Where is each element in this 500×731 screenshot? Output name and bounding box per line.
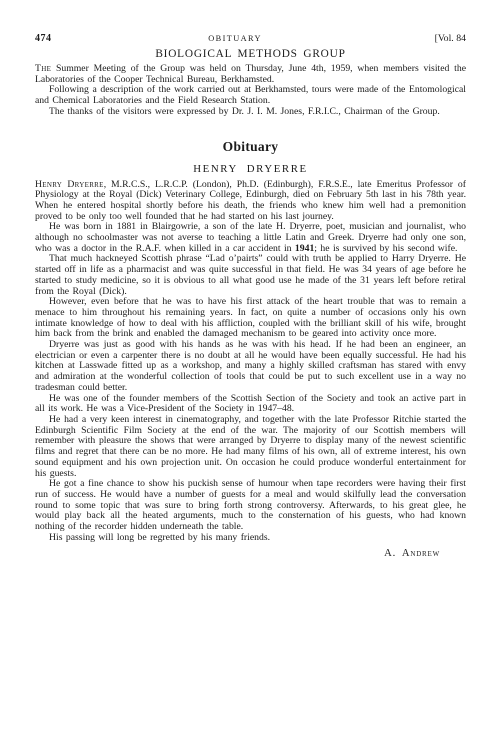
paragraph: The thanks of the visitors were expresse… xyxy=(35,107,466,118)
text-segment: He had a very keen interest in cinematog… xyxy=(35,414,466,479)
paragraph: Henry Dryerre, M.R.C.S., L.R.C.P. (Londo… xyxy=(35,180,466,223)
volume-label: [Vol. 84 xyxy=(435,33,466,44)
obituary-paragraphs: Henry Dryerre, M.R.C.S., L.R.C.P. (Londo… xyxy=(35,180,466,544)
paragraph: However, even before that he was to have… xyxy=(35,297,466,340)
text-segment: Henry Dryerre xyxy=(35,179,104,190)
running-title: OBITUARY xyxy=(208,34,262,43)
text-segment: Following a description of the work carr… xyxy=(35,84,466,106)
text-segment: His passing will long be regretted by hi… xyxy=(49,532,270,543)
paragraph: He got a fine chance to show his puckish… xyxy=(35,479,466,533)
text-segment: He was one of the founder members of the… xyxy=(35,393,466,415)
paragraph: His passing will long be regretted by hi… xyxy=(35,533,466,544)
text-segment: Summer Meeting of the Group was held on … xyxy=(35,63,466,85)
obituary-title: Obituary xyxy=(35,139,466,155)
obituary-signature: A. Andrew xyxy=(35,548,466,559)
text-segment: The thanks of the visitors were expresse… xyxy=(49,106,440,117)
text-segment: However, even before that he was to have… xyxy=(35,296,466,339)
text-segment: The xyxy=(35,63,51,74)
paragraph: He had a very keen interest in cinematog… xyxy=(35,415,466,479)
running-header: 474 OBITUARY [Vol. 84 xyxy=(35,33,466,44)
text-segment: ; he is survived by his second wife. xyxy=(314,243,457,254)
text-segment: He got a fine chance to show his puckish… xyxy=(35,478,466,532)
text-segment: That much hackneyed Scottish phrase “Lad… xyxy=(35,253,466,296)
paragraph: The Summer Meeting of the Group was held… xyxy=(35,64,466,85)
text-segment: 1941 xyxy=(295,243,314,254)
page-number: 474 xyxy=(35,33,52,44)
journal-page: 474 OBITUARY [Vol. 84 BIOLOGICAL METHODS… xyxy=(0,0,500,731)
paragraph: Dryerre was just as good with his hands … xyxy=(35,340,466,394)
paragraph: He was one of the founder members of the… xyxy=(35,394,466,415)
group-section-heading: BIOLOGICAL METHODS GROUP xyxy=(35,48,466,60)
text-segment: Dryerre was just as good with his hands … xyxy=(35,339,466,393)
paragraph: He was born in 1881 in Blairgowrie, a so… xyxy=(35,222,466,254)
obituary-name-heading: HENRY DRYERRE xyxy=(35,163,466,175)
group-section-paragraphs: The Summer Meeting of the Group was held… xyxy=(35,64,466,118)
paragraph: Following a description of the work carr… xyxy=(35,85,466,106)
paragraph: That much hackneyed Scottish phrase “Lad… xyxy=(35,254,466,297)
